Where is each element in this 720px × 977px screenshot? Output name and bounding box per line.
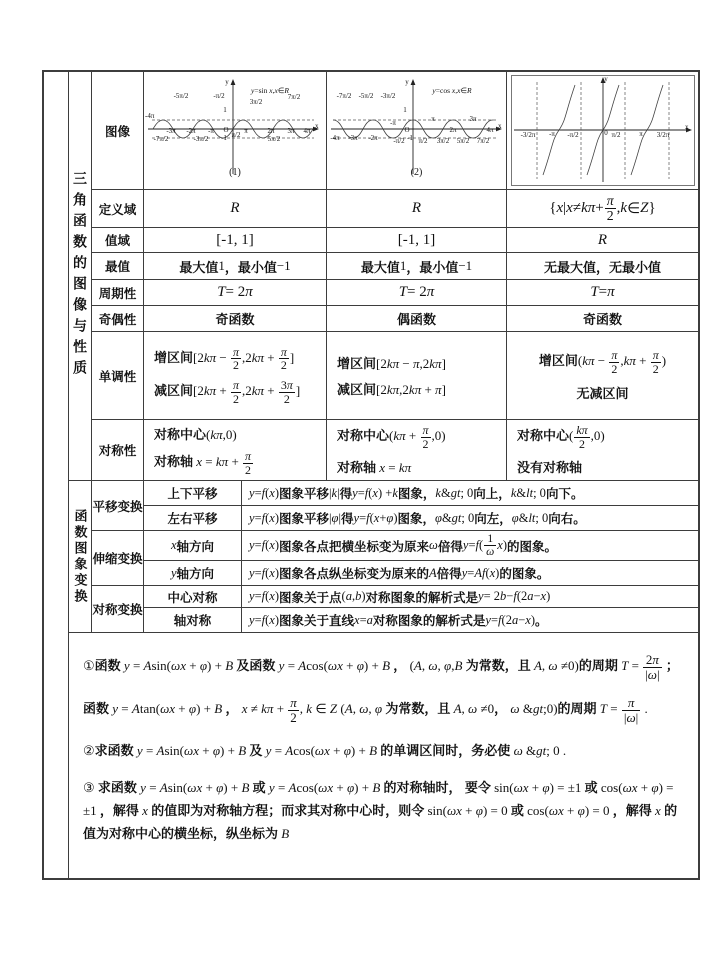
decrease-interval: 减区间[2kπ,2kπ + π]: [337, 379, 446, 398]
period-cos: T = 2π: [326, 279, 506, 305]
transform-section: 函数图象变换 平移变换 伸缩变换 对称变换 上下平移 y = f(x) 图象平移…: [44, 480, 698, 632]
origin-label: O: [223, 127, 228, 134]
row-header-range: 值域: [91, 227, 143, 252]
x-axis-label: x: [315, 123, 319, 130]
row-header-monotonic: 单调性: [91, 331, 143, 419]
decrease-interval: 无减区间: [576, 383, 628, 402]
axis-label: -3π: [166, 128, 175, 135]
tan-graph: y -3/2π -π -π/2 0 π/2 π 3/2π x: [506, 72, 698, 189]
axis-label: π/2: [419, 138, 428, 145]
sub-label-horizontal-shift: 左右平移: [143, 505, 241, 530]
monotonic-cos: 增区间[2kπ − π,2kπ] 减区间[2kπ,2kπ + π]: [326, 331, 506, 419]
note-3: ③ 求函数 y = Asin(ωx + φ) + B 或 y = Acos(ωx…: [83, 777, 686, 845]
axis-label: 4π: [486, 127, 493, 134]
group-label-scaling: 伸缩变换: [91, 530, 143, 585]
sub-label-axis-symmetry: 轴对称: [143, 607, 241, 632]
axis-label: -5π/2: [359, 93, 374, 100]
axis-label: 3/2π: [657, 132, 669, 139]
y-axis-label: y: [405, 79, 409, 86]
axis-label: -1: [221, 135, 227, 142]
axis-label: -π: [208, 128, 214, 135]
domain-cos: R: [326, 189, 506, 227]
monotonic-tan: 增区间(kπ − π2,kπ + π2) 无减区间: [506, 331, 698, 419]
axis-label: -π: [390, 120, 396, 127]
axis-label: 1: [403, 107, 407, 114]
symmetry-tan: 对称中心(kπ2,0) 没有对称轴: [506, 419, 698, 480]
domain-tan: {x | x ≠ kπ + π2, k ∈ Z}: [506, 189, 698, 227]
axis-label: 2π: [267, 128, 274, 135]
axis-label: π: [639, 131, 643, 138]
cos-graph: y y=cos x,x∈R 1 -7π/2 -5π/2 -3π/2 π 3π -…: [326, 72, 506, 189]
symmetry-axis: 对称轴 x = kπ + π2: [154, 450, 254, 476]
axis-label: -3/2π: [521, 132, 536, 139]
axis-label: -π/2: [393, 138, 404, 145]
period-tan: T = π: [506, 279, 698, 305]
section-side-label: 函数图象变换: [68, 480, 91, 632]
increase-interval: 增区间(kπ − π2,kπ + π2): [539, 349, 666, 375]
parity-sin: 奇函数: [143, 305, 326, 331]
axis-label: -2π: [186, 128, 195, 135]
axis-label: 1: [223, 107, 227, 114]
axis-label: 4π: [303, 128, 310, 135]
symmetry-center: 对称中心(kπ,0): [154, 424, 237, 443]
graph-caption: (2): [411, 167, 423, 178]
axis-label: 7π/2: [477, 138, 489, 145]
function-equation-label: y=sin x,x∈R: [251, 87, 289, 95]
group-label-symmetry: 对称变换: [91, 585, 143, 632]
origin-label: 0: [604, 130, 608, 137]
sub-label-vertical-shift: 上下平移: [143, 480, 241, 505]
axis-label: -2π: [368, 135, 377, 142]
axis-label: 5π/2: [268, 136, 280, 143]
symmetry-cos: 对称中心(kπ + π2,0) 对称轴 x = kπ: [326, 419, 506, 480]
sub-label-y-scaling: y 轴方向: [143, 560, 241, 585]
notes-cell: ①函数 y = Asin(ωx + φ) + B 及函数 y = Acos(ωx…: [68, 632, 698, 878]
axis-label: -7π/2: [154, 136, 169, 143]
row-header-parity: 奇偶性: [91, 305, 143, 331]
decrease-interval: 减区间[2kπ + π2,2kπ + 3π2]: [154, 379, 300, 405]
rule-axis-symmetry: y = f(x) 图象关于直线 x = a 对称图象的解析式是 y = f(2a…: [241, 607, 698, 632]
group-label-translation: 平移变换: [91, 480, 143, 530]
extrema-sin: 最大值1，最小值−1: [143, 252, 326, 279]
sin-graph: y y=sin x,x∈R 1 -4π -5π/2 -π/2 3π/2 7π/2…: [143, 72, 326, 189]
axis-label: π: [244, 128, 248, 135]
axis-label: -π/2: [213, 93, 224, 100]
symmetry-axis: 对称轴 x = kπ: [337, 457, 411, 476]
notes-section: ①函数 y = Asin(ωx + φ) + B 及函数 y = Acos(ωx…: [44, 632, 698, 878]
rule-point-symmetry: y = f(x) 图象关于点 (a,b) 对称图象的解析式是 y = 2b − …: [241, 585, 698, 607]
axis-label: -π/2: [567, 132, 578, 139]
trig-properties-section: 三角函数的图像与性质 图像 y y=sin x,x∈R 1 -4π -5π/2 …: [44, 72, 698, 480]
axis-label: -4π: [330, 135, 339, 142]
symmetry-sin: 对称中心(kπ,0) 对称轴 x = kπ + π2: [143, 419, 326, 480]
cos-curve-plot: [329, 77, 503, 177]
note-1-continued: 函数 y = Atan(ωx + φ) + B ， x ≠ kπ + π2, k…: [83, 696, 686, 724]
axis-label: π/2: [612, 132, 621, 139]
axis-label: -4π: [145, 113, 154, 120]
row-header-domain: 定义域: [91, 189, 143, 227]
axis-label: 3π/2: [250, 99, 262, 106]
rule-y-scaling: y = f(x) 图象各点纵坐标变为原来的 A 倍得 y = Af(x) 的图象…: [241, 560, 698, 585]
y-axis-label: y: [604, 76, 608, 83]
axis-label: 3π/2: [437, 138, 449, 145]
period-sin: T = 2π: [143, 279, 326, 305]
sub-label-point-symmetry: 中心对称: [143, 585, 241, 607]
increase-interval: 增区间[2kπ − π,2kπ]: [337, 353, 446, 372]
axis-label: -7π/2: [337, 93, 352, 100]
x-axis-label: x: [498, 123, 502, 130]
left-gutter-column: [44, 480, 68, 632]
section-side-label: 三角函数的图像与性质: [68, 72, 91, 480]
function-equation-label: y=cos x,x∈R: [432, 87, 471, 95]
symmetry-center: 对称中心(kπ + π2,0): [337, 424, 446, 450]
row-header-extrema: 最值: [91, 252, 143, 279]
axis-label: 5π/2: [457, 138, 469, 145]
rule-x-scaling: y = f(x) 图象各点把横坐标变为原来 ω 倍得 y = f(1ωx) 的图…: [241, 530, 698, 560]
axis-label: π/2: [232, 132, 241, 139]
axis-label: -π: [549, 131, 555, 138]
axis-label: 2π: [449, 127, 456, 134]
axis-label: 3π: [469, 116, 476, 123]
rule-horizontal-shift: y = f(x) 图象平移|φ|得 y = f(x + φ) 图象， φ &gt…: [241, 505, 698, 530]
axis-label: π: [431, 116, 435, 123]
origin-label: O: [404, 127, 409, 134]
symmetry-axis: 没有对称轴: [517, 457, 582, 476]
extrema-cos: 最大值1，最小值−1: [326, 252, 506, 279]
increase-interval: 增区间[2kπ − π2,2kπ + π2]: [154, 346, 294, 372]
parity-cos: 偶函数: [326, 305, 506, 331]
axis-label: -5π/2: [174, 93, 189, 100]
monotonic-sin: 增区间[2kπ − π2,2kπ + π2] 减区间[2kπ + π2,2kπ …: [143, 331, 326, 419]
axis-label: -3π/2: [381, 93, 396, 100]
graph-caption: (1): [229, 167, 241, 178]
note-2: ②求函数 y = Asin(ωx + φ) + B 及 y = Acos(ωx …: [83, 740, 686, 763]
axis-label: -1: [407, 135, 413, 142]
range-sin: [-1, 1]: [143, 227, 326, 252]
range-tan: R: [506, 227, 698, 252]
domain-sin: R: [143, 189, 326, 227]
row-header-symmetry: 对称性: [91, 419, 143, 480]
y-axis-label: y: [225, 79, 229, 86]
sub-label-x-scaling: x 轴方向: [143, 530, 241, 560]
axis-label: 7π/2: [288, 94, 300, 101]
left-gutter-column: [44, 72, 68, 480]
symmetry-center: 对称中心(kπ2,0): [517, 424, 605, 450]
axis-label: -3π/2: [194, 136, 209, 143]
range-cos: [-1, 1]: [326, 227, 506, 252]
row-header-period: 周期性: [91, 279, 143, 305]
left-gutter-column: [44, 632, 68, 878]
extrema-tan: 无最大值，无最小值: [506, 252, 698, 279]
axis-label: -3π: [348, 135, 357, 142]
parity-tan: 奇函数: [506, 305, 698, 331]
row-header-graph: 图像: [91, 72, 143, 189]
worksheet-table: 三角函数的图像与性质 图像 y y=sin x,x∈R 1 -4π -5π/2 …: [42, 70, 700, 880]
axis-label: 3π: [287, 128, 294, 135]
rule-vertical-shift: y = f(x) 图象平移|k|得 y = f(x) + k 图象， k &gt…: [241, 480, 698, 505]
x-axis-label: x: [685, 124, 689, 131]
note-1: ①函数 y = Asin(ωx + φ) + B 及函数 y = Acos(ωx…: [83, 653, 686, 681]
